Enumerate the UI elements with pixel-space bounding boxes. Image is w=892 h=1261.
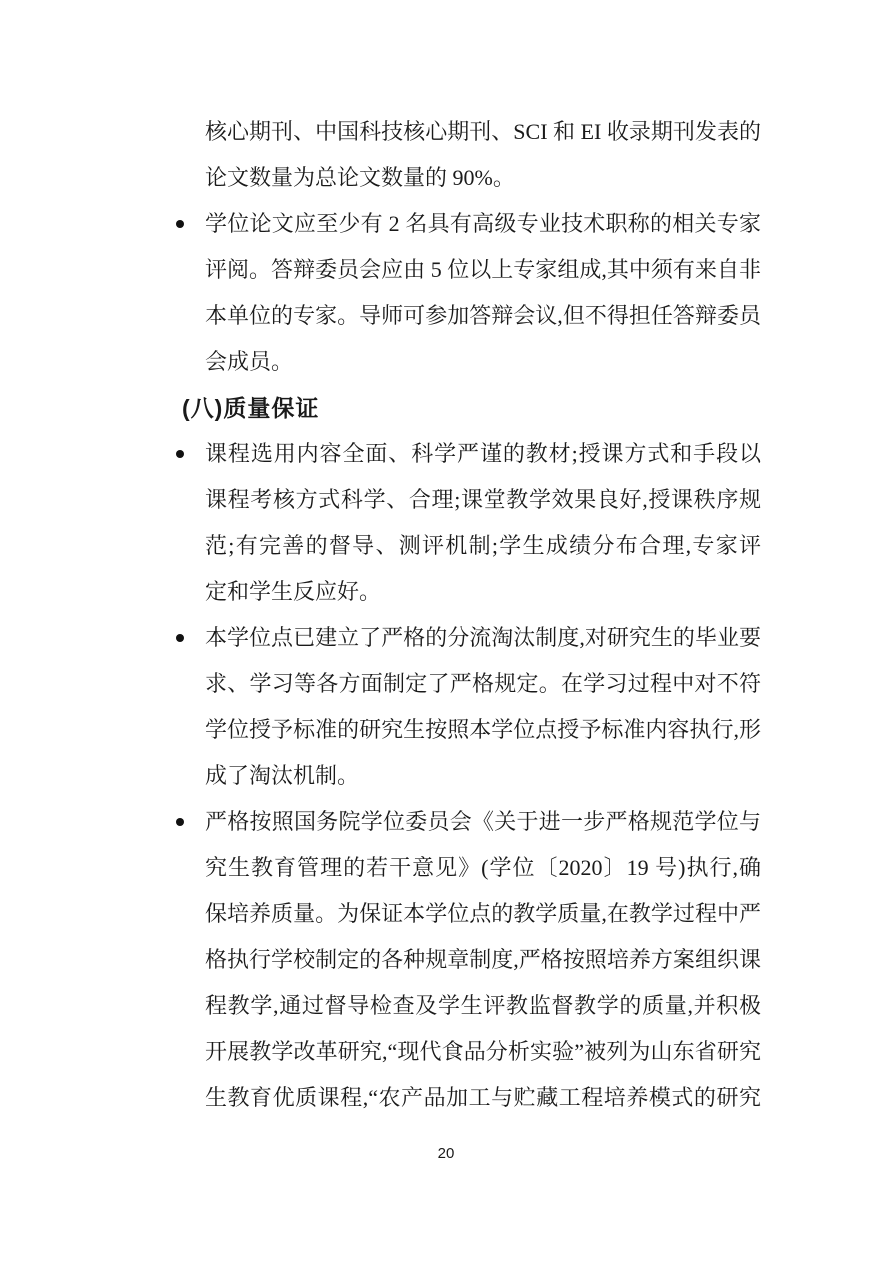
- paragraph-continuation: 核心期刊、中国科技核心期刊、SCI 和 EI 收录期刊发表的 论文数量为总论文数…: [205, 109, 761, 201]
- doc-line: 核心期刊、中国科技核心期刊、SCI 和 EI 收录期刊发表的: [205, 109, 761, 155]
- doc-line: 求、学习等各方面制定了严格规定。在学习过程中对不符合: [205, 661, 761, 707]
- doc-line: 格执行学校制定的各种规章制度,严格按照培养方案组织课: [205, 937, 761, 983]
- doc-line: 本单位的专家。导师可参加答辩会议,但不得担任答辩委员: [205, 293, 761, 339]
- doc-line: 程教学,通过督导检查及学生评教监督教学的质量,并积极: [205, 983, 761, 1029]
- doc-line: 保培养质量。为保证本学位点的教学质量,在教学过程中严: [205, 891, 761, 937]
- doc-line: 严格按照国务院学位委员会《关于进一步严格规范学位与研: [205, 799, 761, 845]
- document-body: 核心期刊、中国科技核心期刊、SCI 和 EI 收录期刊发表的 论文数量为总论文数…: [205, 109, 761, 1121]
- doc-line: 成了淘汰机制。: [205, 753, 761, 799]
- bullet-item: 严格按照国务院学位委员会《关于进一步严格规范学位与研 究生教育管理的若干意见》(…: [205, 799, 761, 1121]
- bullet-item: 本学位点已建立了严格的分流淘汰制度,对研究生的毕业要 求、学习等各方面制定了严格…: [205, 615, 761, 799]
- doc-line: 学位论文应至少有 2 名具有高级专业技术职称的相关专家: [205, 201, 761, 247]
- bullet-item: 课程选用内容全面、科学严谨的教材;授课方式和手段以及 课程考核方式科学、合理;课…: [205, 431, 761, 615]
- doc-line: 会成员。: [205, 339, 761, 385]
- doc-line: 生教育优质课程,“农产品加工与贮藏工程培养模式的研究与: [205, 1075, 761, 1121]
- bullet-item: 学位论文应至少有 2 名具有高级专业技术职称的相关专家 评阅。答辩委员会应由 5…: [205, 201, 761, 385]
- doc-line: 范;有完善的督导、测评机制;学生成绩分布合理,专家评: [205, 523, 761, 569]
- doc-line: 课程选用内容全面、科学严谨的教材;授课方式和手段以及: [205, 431, 761, 477]
- doc-line: 定和学生反应好。: [205, 569, 761, 615]
- document-page: 核心期刊、中国科技核心期刊、SCI 和 EI 收录期刊发表的 论文数量为总论文数…: [0, 0, 892, 1261]
- bullet-icon: [176, 818, 184, 826]
- doc-line: 本学位点已建立了严格的分流淘汰制度,对研究生的毕业要: [205, 615, 761, 661]
- bullet-icon: [176, 220, 184, 228]
- bullet-icon: [176, 450, 184, 458]
- section-heading: (八)质量保证: [182, 385, 761, 431]
- bullet-icon: [176, 634, 184, 642]
- doc-line: 评阅。答辩委员会应由 5 位以上专家组成,其中须有来自非: [205, 247, 761, 293]
- doc-line: 论文数量为总论文数量的 90%。: [205, 155, 761, 201]
- page-number: 20: [0, 1144, 892, 1164]
- doc-line: 学位授予标准的研究生按照本学位点授予标准内容执行,形: [205, 707, 761, 753]
- doc-line: 开展教学改革研究,“现代食品分析实验”被列为山东省研究: [205, 1029, 761, 1075]
- doc-line: 课程考核方式科学、合理;课堂教学效果良好,授课秩序规: [205, 477, 761, 523]
- doc-line: 究生教育管理的若干意见》(学位〔2020〕19 号)执行,确: [205, 845, 761, 891]
